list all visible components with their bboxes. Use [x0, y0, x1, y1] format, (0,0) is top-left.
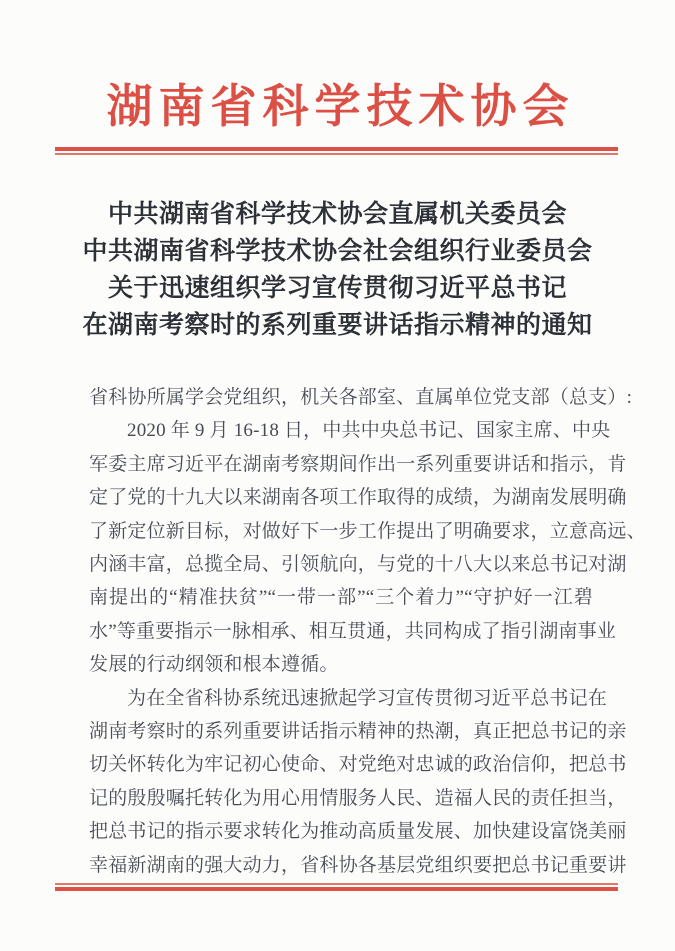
body-line: 南提出的“精准扶贫”“一带一部”“三个着力”“守护好一江碧	[89, 581, 593, 614]
body-line: 了新定位新目标，对做好下一步工作提出了明确要求，立意高远、	[89, 515, 593, 548]
body-line: 湖南考察时的系列重要讲话指示精神的热潮，真正把总书记的亲	[89, 715, 593, 748]
footer-rule	[55, 883, 618, 891]
body-line: 把总书记的指示要求转化为推动高质量发展、加快建设富饶美丽	[89, 815, 593, 848]
title-line: 在湖南考察时的系列重要讲话指示精神的通知	[0, 307, 675, 344]
org-masthead-title: 湖南省科学技术协会	[0, 79, 675, 134]
body-line: 发展的行动纲领和根本遵循。	[89, 648, 593, 681]
body-line: 定了党的十九大以来湖南各项工作取得的成绩，为湖南发展明确	[89, 481, 593, 514]
footer-rule-thick	[55, 887, 618, 891]
salutation-line: 省科协所属学会党组织，机关各部室、直属单位党支部（总支）:	[89, 381, 593, 414]
body-line: 军委主席习近平在湖南考察期间作出一系列重要讲话和指示，肯	[89, 448, 593, 481]
body-line: 内涵丰富，总揽全局、引领航向，与党的十八大以来总书记对湖	[89, 548, 593, 581]
body-line: 为在全省科协系统迅速掀起学习宣传贯彻习近平总书记在	[89, 682, 593, 715]
body-line: 水”等重要指示一脉相承、相互贯通，共同构成了指引湖南事业	[89, 615, 593, 648]
title-line: 关于迅速组织学习宣传贯彻习近平总书记	[0, 270, 675, 307]
masthead-rule	[55, 147, 618, 155]
body-line: 2020 年 9 月 16-18 日，中共中央总书记、国家主席、中央	[89, 414, 593, 447]
title-line: 中共湖南省科学技术协会直属机关委员会	[0, 196, 675, 233]
masthead-rule-thin	[55, 153, 618, 155]
document-body: 省科协所属学会党组织，机关各部室、直属单位党支部（总支）: 2020 年 9 月…	[89, 381, 593, 882]
body-line: 切关怀转化为牢记初心使命、对党绝对忠诚的政治信仰，把总书	[89, 748, 593, 781]
title-line: 中共湖南省科学技术协会社会组织行业委员会	[0, 233, 675, 270]
document-title: 中共湖南省科学技术协会直属机关委员会 中共湖南省科学技术协会社会组织行业委员会 …	[0, 196, 675, 344]
body-line: 幸福新湖南的强大动力，省科协各基层党组织要把总书记重要讲	[89, 849, 593, 882]
body-line: 记的殷殷嘱托转化为用心用情服务人民、造福人民的责任担当，	[89, 782, 593, 815]
document-page: 湖南省科学技术协会 中共湖南省科学技术协会直属机关委员会 中共湖南省科学技术协会…	[0, 0, 675, 951]
